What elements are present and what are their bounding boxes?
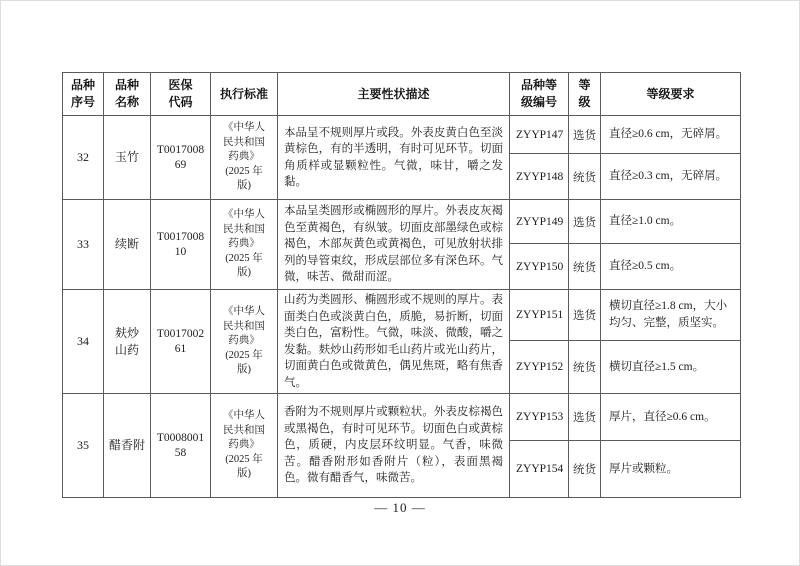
col-header-seq: 品种 序号 (63, 73, 104, 116)
cell-description: 香附为不规则厚片或颗粒状。外表皮棕褐色或黑褐色，有时可见环节。切面色白或黄棕色，… (278, 394, 510, 498)
cell-grade-requirement: 直径≥1.0 cm。 (601, 200, 741, 244)
col-header-standard: 执行标准 (211, 73, 278, 116)
cell-description: 本品呈不规则厚片或段。外表皮黄白色至淡黄棕色，有的半透明，有时可见环节。切面角质… (278, 116, 510, 200)
cell-description: 本品呈类圆形或椭圆形的厚片。外表皮灰褐色至黄褐色，有纵皱。切面皮部墨绿色或棕褐色… (278, 200, 510, 290)
page-number: — 10 — (0, 500, 800, 516)
col-header-grade: 等 级 (569, 73, 601, 116)
table-row: 32 玉竹 T001700869 《中华人民共和国药典》 (2025 年版) 本… (63, 116, 741, 154)
cell-description: 山药为类圆形、椭圆形或不规则的厚片。表面类白色或淡黄白色，质脆，易折断，切面类白… (278, 290, 510, 394)
cell-grade-level: 选货 (569, 394, 601, 441)
cell-grade-code: ZYYP148 (510, 154, 569, 200)
cell-grade-requirement: 直径≥0.3 cm，无碎屑。 (601, 154, 741, 200)
cell-name: 玉竹 (104, 116, 151, 200)
cell-seq: 32 (63, 116, 104, 200)
col-header-description: 主要性状描述 (278, 73, 510, 116)
cell-grade-level: 选货 (569, 116, 601, 154)
col-header-grade-requirement: 等级要求 (601, 73, 741, 116)
document-page: 品种 序号 品种 名称 医保 代码 执行标准 主要性状描述 品种等 级编号 等 … (0, 0, 800, 566)
cell-standard: 《中华人民共和国药典》 (2025 年版) (211, 394, 278, 498)
col-header-name: 品种 名称 (104, 73, 151, 116)
table-row: 35 醋香附 T000800158 《中华人民共和国药典》 (2025 年版) … (63, 394, 741, 441)
col-header-grade-code: 品种等 级编号 (510, 73, 569, 116)
cell-name: 醋香附 (104, 394, 151, 498)
cell-grade-level: 统货 (569, 154, 601, 200)
cell-insurance-code: T001700810 (151, 200, 211, 290)
table-row: 34 麸炒 山药 T001700261 《中华人民共和国药典》 (2025 年版… (63, 290, 741, 341)
cell-grade-level: 选货 (569, 200, 601, 244)
cell-grade-requirement: 直径≥0.5 cm。 (601, 244, 741, 290)
cell-grade-code: ZYYP150 (510, 244, 569, 290)
cell-grade-level: 统货 (569, 244, 601, 290)
cell-insurance-code: T001700261 (151, 290, 211, 394)
cell-grade-code: ZYYP153 (510, 394, 569, 441)
cell-grade-code: ZYYP154 (510, 441, 569, 498)
cell-name: 续断 (104, 200, 151, 290)
cell-standard: 《中华人民共和国药典》 (2025 年版) (211, 290, 278, 394)
cell-grade-code: ZYYP151 (510, 290, 569, 341)
cell-grade-requirement: 厚片或颗粒。 (601, 441, 741, 498)
cell-seq: 34 (63, 290, 104, 394)
cell-grade-requirement: 直径≥0.6 cm，无碎屑。 (601, 116, 741, 154)
col-header-insurance-code: 医保 代码 (151, 73, 211, 116)
cell-insurance-code: T001700869 (151, 116, 211, 200)
cell-grade-code: ZYYP152 (510, 341, 569, 394)
cell-standard: 《中华人民共和国药典》 (2025 年版) (211, 200, 278, 290)
cell-grade-code: ZYYP147 (510, 116, 569, 154)
cell-seq: 33 (63, 200, 104, 290)
cell-grade-requirement: 横切直径≥1.8 cm，大小均匀、完整，质坚实。 (601, 290, 741, 341)
cell-grade-requirement: 厚片，直径≥0.6 cm。 (601, 394, 741, 441)
cell-grade-code: ZYYP149 (510, 200, 569, 244)
cell-insurance-code: T000800158 (151, 394, 211, 498)
cell-grade-level: 统货 (569, 341, 601, 394)
cell-grade-level: 选货 (569, 290, 601, 341)
table-row: 33 续断 T001700810 《中华人民共和国药典》 (2025 年版) 本… (63, 200, 741, 244)
cell-name: 麸炒 山药 (104, 290, 151, 394)
cell-grade-requirement: 横切直径≥1.5 cm。 (601, 341, 741, 394)
cell-standard: 《中华人民共和国药典》 (2025 年版) (211, 116, 278, 200)
drug-grade-spec-table: 品种 序号 品种 名称 医保 代码 执行标准 主要性状描述 品种等 级编号 等 … (62, 72, 741, 498)
table-header-row: 品种 序号 品种 名称 医保 代码 执行标准 主要性状描述 品种等 级编号 等 … (63, 73, 741, 116)
cell-seq: 35 (63, 394, 104, 498)
cell-grade-level: 统货 (569, 441, 601, 498)
